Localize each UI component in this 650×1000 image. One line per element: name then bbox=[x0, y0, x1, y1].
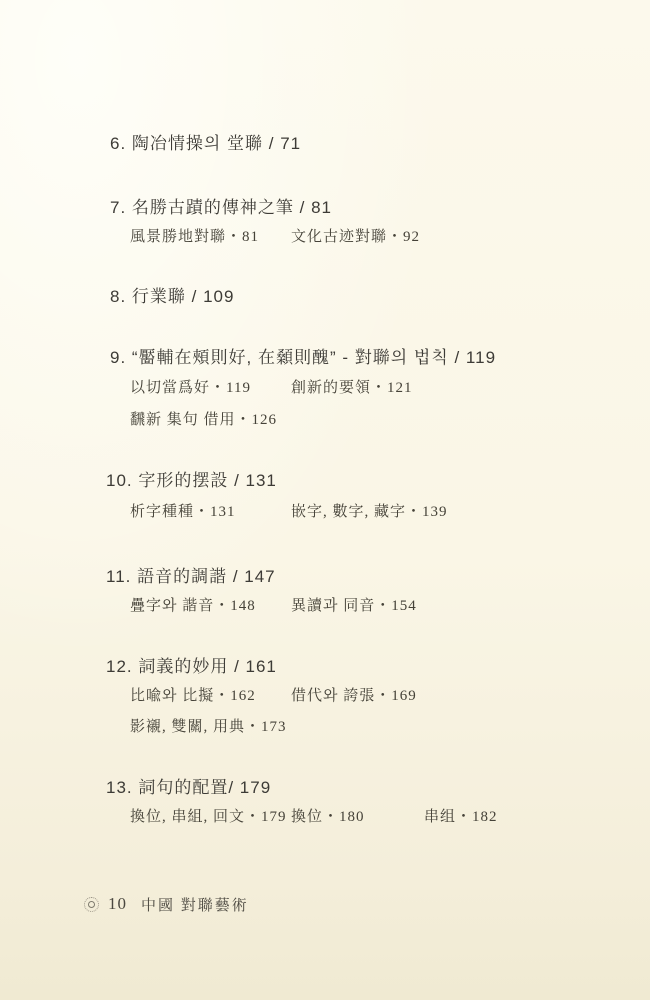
toc-entry-9-heading: 9. “靨輔在頰則好, 在顙則醜” - 對聯의 법칙 / 119 bbox=[110, 343, 496, 368]
toc-entry-13-subentries: 換位, 串組, 回文・179 換位・180 串组・182 bbox=[0, 805, 650, 827]
toc-entry-11-heading: 11. 語音的調諧 / 147 bbox=[106, 562, 276, 587]
sub-entry: 換位, 串組, 回文・179 bbox=[130, 805, 287, 826]
sub-entry: 疊字와 諧音・148 bbox=[130, 594, 256, 615]
toc-entry-7-subentries: 風景勝地對聯・81 文化古迹對聯・92 bbox=[0, 225, 650, 247]
sub-entry: 創新的要領・121 bbox=[291, 376, 413, 397]
sub-entry: 嵌字, 數字, 藏字・139 bbox=[291, 500, 448, 521]
sub-entry: 串组・182 bbox=[424, 805, 498, 826]
toc-entry-7-heading: 7. 名勝古蹟的傳神之筆 / 81 bbox=[110, 193, 332, 218]
sub-entry: 飜新 集句 借用・126 bbox=[130, 408, 277, 429]
page-number: 10 bbox=[108, 894, 127, 914]
sub-entry: 析字種種・131 bbox=[130, 500, 236, 521]
toc-entry-12-subentries: 比喩와 比擬・162 借代와 誇張・169 bbox=[0, 684, 650, 706]
sub-entry: 以切當爲好・119 bbox=[130, 376, 251, 397]
sub-entry: 異讀과 同音・154 bbox=[291, 594, 417, 615]
toc-entry-6-heading: 6. 陶冶情操의 堂聯 / 71 bbox=[110, 129, 301, 154]
toc-entry-10-heading: 10. 字形的摆設 / 131 bbox=[106, 466, 277, 491]
book-page: 6. 陶冶情操의 堂聯 / 71 7. 名勝古蹟的傳神之筆 / 81 風景勝地對… bbox=[0, 0, 650, 1000]
toc-entry-9-subentries: 以切當爲好・119 創新的要領・121 bbox=[0, 376, 650, 398]
toc-entry-9-subentries: 飜新 集句 借用・126 bbox=[0, 408, 650, 430]
flower-ornament-icon bbox=[84, 897, 99, 912]
toc-entry-10-subentries: 析字種種・131 嵌字, 數字, 藏字・139 bbox=[0, 500, 650, 522]
page-footer: 10 中國 對聯藝術 bbox=[84, 893, 249, 915]
toc-entry-12-heading: 12. 詞義的妙用 / 161 bbox=[106, 652, 277, 677]
sub-entry: 比喩와 比擬・162 bbox=[130, 684, 256, 705]
sub-entry: 換位・180 bbox=[291, 805, 365, 826]
toc-entry-12-subentries: 影襯, 雙關, 用典・173 bbox=[0, 715, 650, 737]
book-title: 中國 對聯藝術 bbox=[141, 894, 249, 915]
sub-entry: 借代와 誇張・169 bbox=[291, 684, 417, 705]
sub-entry: 風景勝地對聯・81 bbox=[130, 225, 259, 246]
toc-entry-13-heading: 13. 詞句的配置/ 179 bbox=[106, 773, 271, 798]
toc-entry-11-subentries: 疊字와 諧音・148 異讀과 同音・154 bbox=[0, 594, 650, 616]
sub-entry: 文化古迹對聯・92 bbox=[291, 225, 420, 246]
toc-entry-8-heading: 8. 行業聯 / 109 bbox=[110, 282, 234, 307]
sub-entry: 影襯, 雙關, 用典・173 bbox=[130, 715, 287, 736]
